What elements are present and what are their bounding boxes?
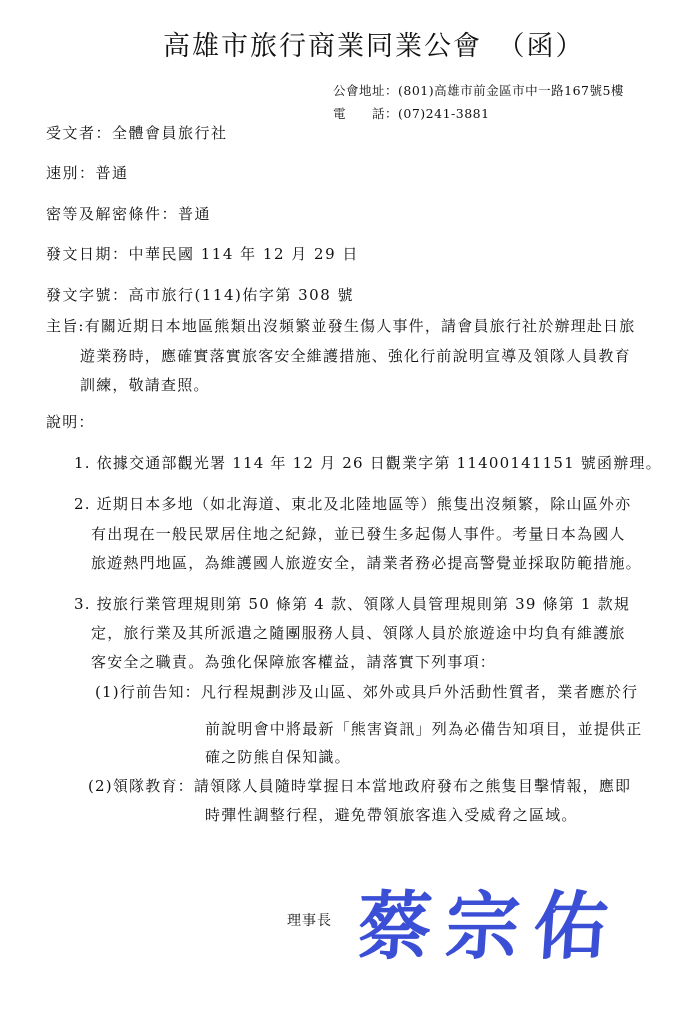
subitem-cont: 時彈性調整行程，避免帶領旅客進入受威脅之區域。 (205, 804, 578, 825)
explanation-item-cont: 客安全之職責。為強化保障旅客權益，請落實下列事項： (91, 651, 496, 672)
subject-line: 主旨:有關近期日本地區熊類出沒頻繁並發生傷人事件，請會員旅行社於辦理赴日旅 (46, 315, 635, 336)
subitem: (1)行前告知：凡行程規劃涉及山區、郊外或具戶外活動性質者，業者應於行 (95, 681, 638, 702)
association-phone: 電 話：(07)241-3881 (333, 104, 490, 122)
explanation-label: 說明： (46, 411, 95, 432)
speed-field: 速別：普通 (46, 162, 129, 183)
subitem: (2)領隊教育：請領隊人員隨時掌握日本當地政府發布之熊隻目擊情報，應即 (88, 775, 631, 796)
explanation-item: 2. 近期日本多地（如北海道、東北及北陸地區等）熊隻出沒頻繁，除山區外亦 (74, 493, 631, 514)
confidential-field: 密等及解密條件：普通 (46, 203, 211, 224)
recipient-field: 受文者：全體會員旅行社 (46, 122, 228, 143)
explanation-item-cont: 旅遊熱門地區，為維護國人旅遊安全，請業者務必提高警覺並採取防範措施。 (91, 552, 642, 573)
subject-line: 遊業務時，應確實落實旅客安全維護措施、強化行前說明宣導及領隊人員教育 (80, 345, 631, 366)
explanation-item: 3. 按旅行業管理規則第 50 條第 4 款、領隊人員管理規則第 39 條第 1… (74, 593, 630, 614)
signature-name: 蔡宗佑 (354, 868, 625, 974)
doc-number-field: 發文字號：高市旅行(114)佑字第 308 號 (46, 284, 354, 305)
subject-line: 訓練，敬請查照。 (80, 374, 210, 395)
explanation-item-cont: 有出現在一般民眾居住地之紀錄，並已發生多起傷人事件。考量日本為國人 (91, 523, 626, 544)
explanation-item-cont: 定，旅行業及其所派遣之隨團服務人員、領隊人員於旅遊途中均負有維護旅 (91, 622, 626, 643)
date-field: 發文日期：中華民國 114 年 12 月 29 日 (46, 243, 359, 264)
signature-title: 理事長 (287, 910, 332, 930)
document-title: 高雄市旅行商業同業公會 （函） (163, 24, 585, 63)
subitem-cont: 前說明會中將最新「熊害資訊」列為必備告知項目，並提供正 (205, 718, 642, 739)
association-address: 公會地址：(801)高雄市前金區市中一路167號5樓 (333, 81, 624, 99)
explanation-item: 1. 依據交通部觀光署 114 年 12 月 26 日觀業字第 11400141… (74, 452, 662, 473)
subitem-cont: 確之防熊自保知識。 (205, 746, 351, 767)
